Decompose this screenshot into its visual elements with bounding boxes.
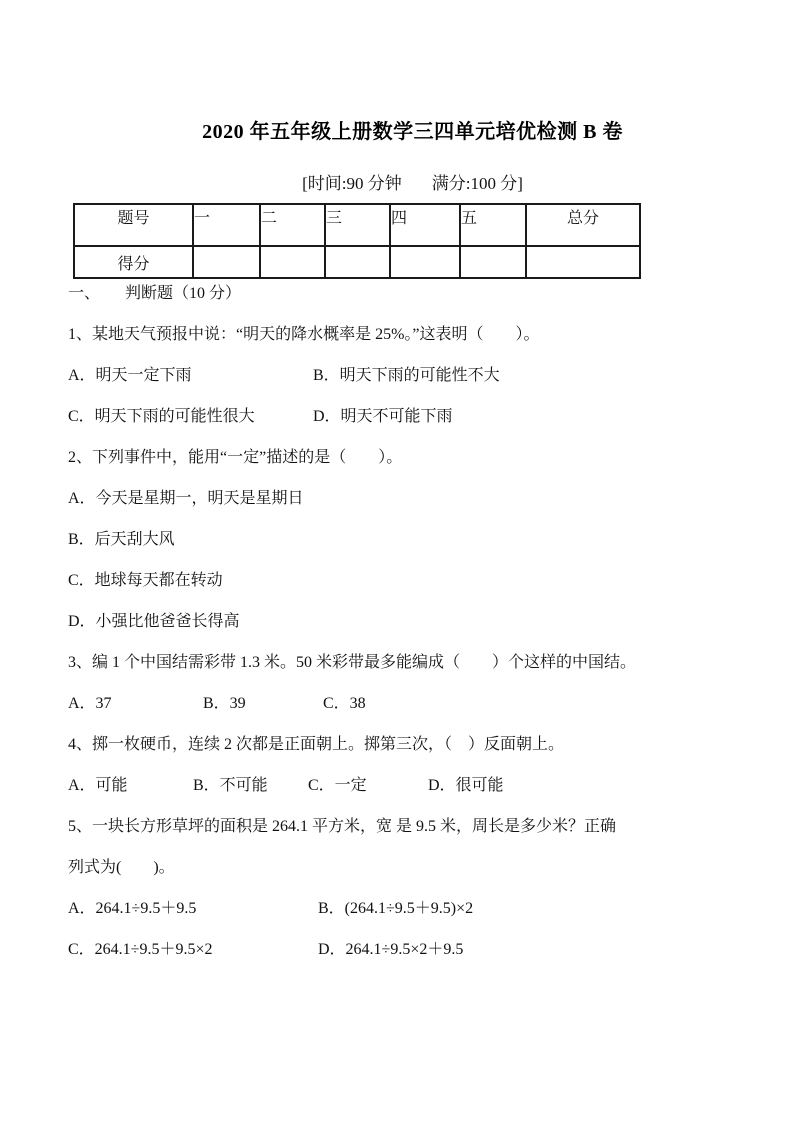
q5-option-d: D．264.1÷9.5×2＋9.5	[318, 929, 463, 970]
q4-option-a: A．可能	[68, 765, 193, 806]
section-1-heading: 一、判断题（10 分）	[68, 273, 757, 314]
exam-full-score: 满分:100 分]	[432, 172, 523, 196]
q3-stem: 3、编 1 个中国结需彩带 1.3 米。50 米彩带最多能编成（ ）个这样的中国…	[68, 642, 757, 683]
q1-option-c: C．明天下雨的可能性很大	[68, 396, 313, 437]
header-part-2: 二	[260, 204, 325, 246]
q2-option-d: D．小强比他爸爸长得高	[68, 601, 757, 642]
score-table: 题号 一 二 三 四 五 总分 得分	[73, 203, 641, 279]
q3-option-c: C．38	[323, 683, 366, 724]
q5-option-b: B．(264.1÷9.5＋9.5)×2	[318, 888, 473, 929]
q2-option-b: B．后天刮大风	[68, 519, 757, 560]
section-1-title: 判断题（10 分）	[125, 285, 241, 302]
header-total: 总分	[526, 204, 640, 246]
q4-option-c: C．一定	[308, 765, 428, 806]
q5-options-row-2: C．264.1÷9.5＋9.5×2D．264.1÷9.5×2＋9.5	[68, 929, 757, 970]
exam-time: [时间:90 分钟	[302, 172, 402, 196]
q2-option-c: C．地球每天都在转动	[68, 560, 757, 601]
q1-option-d: D．明天不可能下雨	[313, 396, 453, 437]
page-title: 2020 年五年级上册数学三四单元培优检测 B 卷	[68, 118, 757, 146]
section-1-numeral: 一、	[68, 273, 125, 314]
q4-option-d: D．很可能	[428, 765, 504, 806]
q3-options-row: A．37B．39C．38	[68, 683, 757, 724]
question-body: 一、判断题（10 分） 1、某地天气预报中说：“明天的降水概率是 25%。”这表…	[68, 273, 757, 970]
q1-option-a: A．明天一定下雨	[68, 355, 313, 396]
q1-options-row-1: A．明天一定下雨B．明天下雨的可能性不大	[68, 355, 757, 396]
q5-option-c: C．264.1÷9.5＋9.5×2	[68, 929, 318, 970]
header-part-3: 三	[325, 204, 390, 246]
q5-options-row-1: A．264.1÷9.5＋9.5B．(264.1÷9.5＋9.5)×2	[68, 888, 757, 929]
q4-options-row: A．可能B．不可能C．一定D．很可能	[68, 765, 757, 806]
q2-option-a: A．今天是星期一，明天是星期日	[68, 478, 757, 519]
header-question-number: 题号	[74, 204, 193, 246]
q4-stem: 4、掷一枚硬币，连续 2 次都是正面朝上。掷第三次，（ ）反面朝上。	[68, 724, 757, 765]
q3-option-b: B．39	[203, 683, 323, 724]
header-part-5: 五	[460, 204, 526, 246]
q1-stem: 1、某地天气预报中说：“明天的降水概率是 25%。”这表明（ ）。	[68, 314, 757, 355]
q1-option-b: B．明天下雨的可能性不大	[313, 355, 500, 396]
test-paper-page: 2020 年五年级上册数学三四单元培优检测 B 卷 [时间:90 分钟满分:10…	[0, 0, 793, 1122]
q5-stem-line-1: 5、一块长方形草坪的面积是 264.1 平方米，宽 是 9.5 米，周长是多少米…	[68, 806, 757, 847]
q5-option-a: A．264.1÷9.5＋9.5	[68, 888, 318, 929]
score-table-header-row: 题号 一 二 三 四 五 总分	[74, 204, 640, 246]
exam-meta: [时间:90 分钟满分:100 分]	[68, 172, 757, 196]
q1-options-row-2: C．明天下雨的可能性很大D．明天不可能下雨	[68, 396, 757, 437]
q3-option-a: A．37	[68, 683, 203, 724]
q4-option-b: B．不可能	[193, 765, 308, 806]
q2-stem: 2、下列事件中，能用“一定”描述的是（ ）。	[68, 437, 757, 478]
header-part-4: 四	[390, 204, 460, 246]
header-part-1: 一	[193, 204, 260, 246]
q5-stem-line-2: 列式为( )。	[68, 847, 757, 888]
